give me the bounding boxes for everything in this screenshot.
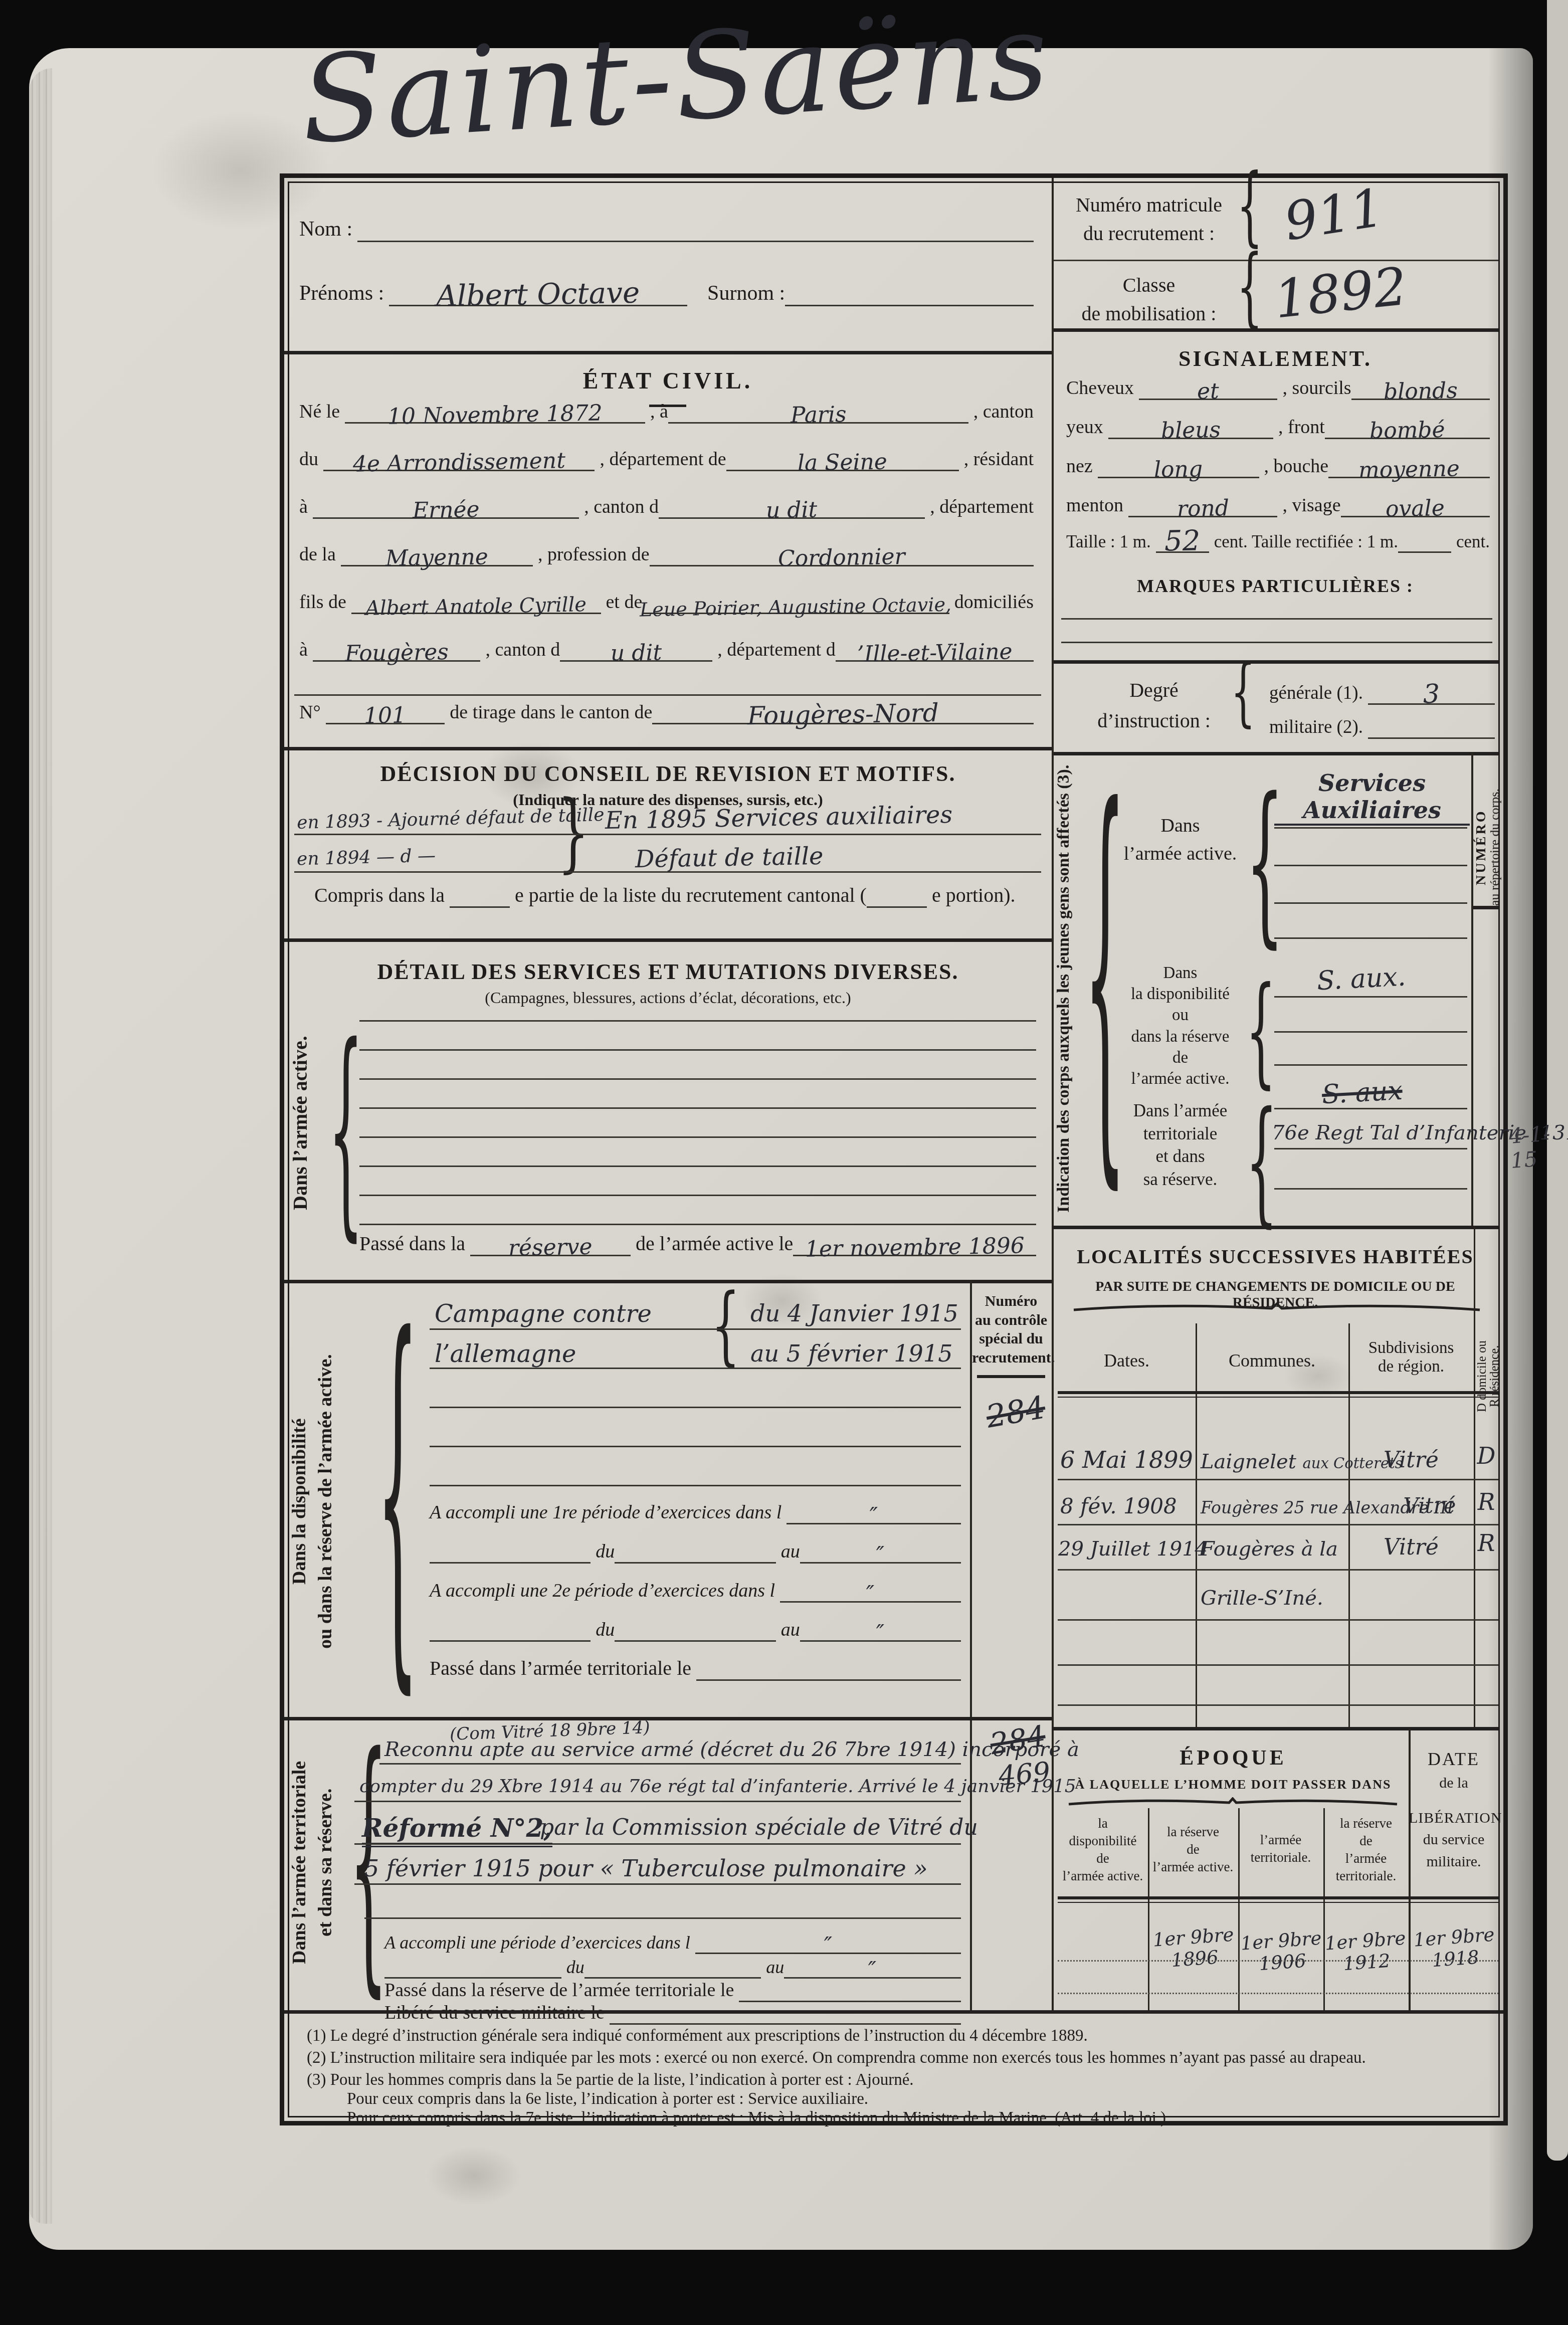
- margin-annotation: 4-1-15: [1508, 1120, 1568, 1173]
- g2-value: S. aux.: [1316, 961, 1407, 996]
- periode2-au-line: ″: [800, 1622, 961, 1642]
- controle-strip-rule: [977, 1375, 1045, 1378]
- dispo-blank-line: [430, 1485, 961, 1486]
- compris-row: Compris dans la e partie de la liste du …: [314, 880, 1016, 908]
- mother-line: Leue Poirier, Augustine Octavie,: [642, 598, 949, 614]
- matricule-value: 911: [1280, 176, 1388, 253]
- localites-header-rule: [1058, 1391, 1499, 1398]
- campagne-brace: {: [711, 1283, 740, 1369]
- decision-title: DÉCISION DU CONSEIL DE REVISION ET MOTIF…: [284, 761, 1052, 787]
- campagne-line-2: [430, 1368, 961, 1369]
- active-line: [359, 1107, 1036, 1109]
- epoque-swash: [1066, 1797, 1400, 1807]
- name-line: [357, 241, 1034, 242]
- footnote-3: (3) Pour les hommes compris dans la 5e p…: [307, 2071, 1485, 2089]
- controle-number: 284: [984, 1389, 1048, 1435]
- localites-col-subdiv: Subdivisions de région.: [1348, 1339, 1474, 1376]
- compris-partie-line: [450, 906, 510, 908]
- terr-periode-dates-row: du au ″: [384, 1957, 961, 1979]
- decision-bottom-rule: [284, 938, 1052, 942]
- periode1-au-line: ″: [800, 1544, 961, 1564]
- g2-line: [1274, 996, 1467, 998]
- periode2-du-line: [615, 1640, 775, 1642]
- g1-line: [1274, 827, 1467, 829]
- father-line: Albert Anatole Cyrille: [351, 597, 601, 614]
- terr-hw-commission: par la Commission spéciale de Vitré du: [540, 1815, 978, 1840]
- campagne-label-2: l’allemagne: [435, 1340, 576, 1368]
- localites-col-dates: Dates.: [1058, 1350, 1196, 1371]
- taille-line: 52: [1156, 527, 1209, 553]
- campagne-du: du 4 Janvier 1915: [750, 1300, 958, 1327]
- birthplace-line: Paris: [668, 404, 968, 424]
- controle-strip-header: Numéro au contrôle spécial du recrutemen…: [972, 1292, 1050, 1367]
- g1-label: Dans l’armée active.: [1114, 815, 1247, 865]
- loc-row2-line: [1058, 1524, 1499, 1525]
- campagne-au: au 5 février 1915: [750, 1340, 952, 1367]
- degre-brace: {: [1231, 656, 1256, 730]
- tirage-number-line: 101: [326, 705, 445, 724]
- loc-row2-date: 8 fév. 1908: [1060, 1494, 1177, 1518]
- periode1-corps-line: [430, 1562, 591, 1564]
- surname-label: Surnom :: [687, 281, 785, 306]
- dispo-blank-line: [430, 1407, 961, 1408]
- classe-value: 1892: [1271, 256, 1410, 330]
- residence-row: à Ernée , canton d u dit , département: [299, 491, 1034, 519]
- firstnames-row: Prénoms : Albert Octave Surnom :: [299, 278, 1034, 306]
- g1-line: [1274, 902, 1467, 904]
- military-register-scan: Nom : Prénoms : Albert Octave Surnom : N…: [0, 0, 1568, 2325]
- epoque-v5: 1er 9bre 1918: [1403, 1923, 1506, 1973]
- matricule-label: Numéro matricule du recrutement :: [1064, 193, 1234, 245]
- passe-territoriale-line: [696, 1679, 961, 1681]
- localites-bottom-rule: [1052, 1727, 1499, 1730]
- sig-row-yeux: yeux bleus , front bombé: [1066, 411, 1490, 439]
- terr-hw-reforme: Réformé N°2,: [362, 1813, 552, 1847]
- sig-row-menton: menton rond , visage ovale: [1066, 489, 1490, 517]
- active-line: [359, 1136, 1036, 1138]
- periode2-line: ″: [780, 1583, 961, 1603]
- footnote-2: (2) L’instruction militaire sera indiqué…: [307, 2049, 1495, 2067]
- g3-label: Dans l’armée territoriale et dans sa rés…: [1114, 1099, 1247, 1191]
- g2-brace: {: [1246, 973, 1276, 1092]
- passe-territoriale-row: Passé dans l’armée territoriale le: [430, 1653, 961, 1681]
- dispo-bottom-rule: [284, 1717, 1052, 1720]
- sourcils-line: blonds: [1351, 380, 1490, 400]
- repertoire-strip-rule: [1473, 906, 1499, 909]
- birthdate-line: 10 Novembre 1872: [345, 404, 645, 424]
- corps-side-label: Indication des corps auxquels les jeunes…: [1054, 759, 1082, 1218]
- epoque-col4-header: la réservedel’arméeterritoriale.: [1323, 1815, 1409, 1885]
- g2-line: [1274, 1064, 1467, 1066]
- terr-periode-line: ″: [695, 1934, 961, 1954]
- loc-row1-line: [1058, 1479, 1499, 1480]
- corps-bottom-rule: [1052, 1226, 1499, 1229]
- domicile-canton-line: u dit: [560, 642, 712, 662]
- epoque-col2-header: la réservedel’armée active.: [1148, 1823, 1238, 1876]
- residence-line: Ernée: [313, 499, 579, 519]
- decision-hw-1b: En 1895 Services auxiliaires: [605, 801, 953, 835]
- g3-line: [1274, 1108, 1467, 1109]
- epoque-row-line: [1058, 1960, 1499, 1962]
- loc-row5-line: [1058, 1664, 1499, 1666]
- periode1-row: A accompli une 1re période d’exercices d…: [430, 1496, 961, 1524]
- terr-hw-tuberculose: 5 février 1915 pour « Tuberculose pulmon…: [364, 1855, 928, 1882]
- sig-row-cheveux: Cheveux et , sourcils blonds: [1066, 372, 1490, 400]
- epoque-v4: 1er 9bre 1912: [1314, 1926, 1418, 1977]
- marques-line-2: [1061, 642, 1492, 643]
- matricule-rule: [1052, 260, 1499, 261]
- g1-line: [1274, 937, 1467, 939]
- epoque-col1-header: ladisponibilitédel’armée active.: [1058, 1815, 1148, 1885]
- periode2-dates-row: du au ″: [430, 1614, 961, 1642]
- column-divider: [1052, 178, 1054, 2010]
- loc-row4-line: [1058, 1619, 1499, 1621]
- detail-subtitle: (Campagnes, blessures, actions d’éclat, …: [284, 989, 1052, 1007]
- epoque-header-rule: [1058, 1896, 1499, 1903]
- loc-row1-subdiv: Vitré: [1348, 1447, 1474, 1473]
- terr-line-4: [354, 1883, 961, 1885]
- periode1-dates-row: du au ″: [430, 1535, 961, 1564]
- campagne-label-1: Campagne contre: [435, 1300, 652, 1328]
- loc-row3-date: 29 Juillet 1914: [1058, 1537, 1208, 1561]
- g3-value-1: S. aux: [1321, 1076, 1404, 1110]
- degre-generale-line: 3: [1368, 681, 1495, 705]
- taille-rect-line: [1398, 551, 1451, 553]
- repertoire-strip-label: NUMÉRO au répertoire du corps.: [1473, 764, 1500, 930]
- terr-passe-reserve-row: Passé dans la réserve de l’armée territo…: [384, 1980, 961, 2002]
- decision-brace: }: [557, 790, 590, 875]
- loc-row3-dr: R: [1474, 1529, 1499, 1557]
- decision-hw-2b: Défaut de taille: [635, 842, 824, 874]
- etat-bottom-rule: [284, 747, 1052, 750]
- armee-active-side-label: Dans l’armée active.: [288, 1020, 316, 1226]
- detail-title: DÉTAIL DES SERVICES ET MUTATIONS DIVERSE…: [284, 959, 1052, 985]
- decision-line-2: [294, 871, 1041, 873]
- localites-col-dr: D domicile ou R résidence.: [1475, 1331, 1500, 1421]
- sig-row-nez: nez long , bouche moyenne: [1066, 450, 1490, 478]
- terr-passe-reserve-line: [739, 2001, 961, 2002]
- localites-title: LOCALITÉS SUCCESSIVES HABITÉES: [1052, 1245, 1499, 1268]
- libere-line: [610, 2023, 961, 2025]
- footnote-1: (1) Le degré d’instruction générale sera…: [307, 2027, 1485, 2045]
- terr-du-line: [584, 1977, 761, 1979]
- terr-hw-reconnu: Reconnu apte au service armé (décret du …: [384, 1738, 1079, 1761]
- passe-reserve-date-line: 1er novembre 1896: [793, 1237, 1036, 1256]
- terr-periode-row: A accompli une période d’exercices dans …: [384, 1930, 961, 1954]
- firstnames-line: Albert Octave: [389, 280, 687, 306]
- passe-reserve-line: réserve: [470, 1237, 631, 1256]
- degre-generale-row: générale (1). 3: [1269, 677, 1495, 705]
- front-line: bombé: [1325, 420, 1490, 439]
- degre-militaire-line: [1368, 737, 1495, 739]
- g3-line: [1274, 1148, 1467, 1149]
- departement-line: la Seine: [726, 452, 959, 471]
- loc-row3-subdiv: Vitré: [1348, 1534, 1474, 1560]
- terr-du-pre-line: [384, 1977, 561, 1979]
- bouche-line: moyenne: [1328, 459, 1490, 478]
- marques-line-1: [1061, 618, 1492, 620]
- loc-row4-commune: Grille-S’Iné.: [1201, 1587, 1323, 1610]
- loc-row1-dr: D: [1474, 1442, 1499, 1469]
- terr-blank-line: [364, 1917, 961, 1919]
- g3-brace: {: [1246, 1094, 1278, 1230]
- g2-label: Dans la disponibilité ou dans la réserve…: [1114, 962, 1247, 1089]
- tirage-row: N° 101 de tirage dans le canton de Fougè…: [299, 696, 1034, 724]
- campagne-line-1: [430, 1328, 961, 1330]
- localites-col-communes: Communes.: [1196, 1350, 1348, 1371]
- active-line: [359, 1020, 1036, 1022]
- taille-row: Taille : 1 m. 52 cent. Taille rectifiée …: [1066, 525, 1490, 553]
- name-label: Nom :: [299, 217, 357, 242]
- dispo-brace: {: [377, 1288, 419, 1692]
- firstnames-value: Albert Octave: [436, 278, 640, 310]
- loc-row3-commune: Fougères à la: [1201, 1537, 1338, 1561]
- classe-brace: {: [1237, 245, 1263, 331]
- terr-au-line: ″: [784, 1959, 961, 1979]
- terr-line-3: [354, 1843, 961, 1845]
- epoque-date-header: DATE de la LIBÉRATION du service militai…: [1409, 1746, 1499, 1872]
- epoque-row-line: [1058, 1993, 1499, 1994]
- classe-label: Classe de mobilisation :: [1064, 273, 1234, 325]
- visage-line: ovale: [1341, 498, 1490, 517]
- active-line: [359, 1166, 1036, 1167]
- birth-row: Né le 10 Novembre 1872 , à Paris , canto…: [299, 396, 1034, 424]
- services-auxiliaires-title: Services Auxiliaires: [1274, 769, 1470, 826]
- header-rule: [284, 351, 1052, 354]
- decision-hw-2a: en 1894 — d —: [297, 845, 436, 869]
- domicile-row: à Fougères , canton d u dit , départemen…: [299, 634, 1034, 662]
- g1-line: [1274, 865, 1467, 866]
- page-edge-stack: [29, 68, 52, 2224]
- adjacent-page-edge: [1547, 0, 1568, 2161]
- cheveux-line: et: [1139, 380, 1277, 400]
- etat-civil-title: ÉTAT CIVIL.: [284, 367, 1052, 394]
- periode2-row: A accompli une 2e période d’exercices da…: [430, 1575, 961, 1603]
- profession-row: de la Mayenne , profession de Cordonnier: [299, 538, 1034, 566]
- active-line: [359, 1224, 1036, 1225]
- marques-bottom-rule: [1052, 660, 1499, 664]
- periode1-line: ″: [787, 1505, 961, 1524]
- menton-line: rond: [1128, 498, 1277, 517]
- controle-strip-divider: [970, 1280, 972, 2010]
- domicile-line: Fougères: [313, 642, 481, 662]
- g3-line: [1274, 1188, 1467, 1190]
- passe-reserve-row: Passé dans la réserve de l’armée active …: [359, 1228, 1036, 1256]
- epoque-col3-header: l’arméeterritoriale.: [1238, 1831, 1323, 1866]
- domicile-departement-line: ’Ille-et-Vilaine: [836, 642, 1034, 662]
- compris-portion-line: [867, 906, 927, 908]
- epoque-title: ÉPOQUE: [1058, 1746, 1409, 1770]
- marques-title: MARQUES PARTICULIÈRES :: [1052, 575, 1499, 597]
- loc-row6-line: [1058, 1704, 1499, 1706]
- active-line: [359, 1078, 1036, 1080]
- parents-row: fils de Albert Anatole Cyrille et de Leu…: [299, 586, 1034, 614]
- footnote-4: Pour ceux compris dans la 6e liste, l’in…: [347, 2090, 1485, 2108]
- name-row: Nom :: [299, 214, 1034, 242]
- arrondissement-line: 4e Arrondissement: [323, 452, 595, 471]
- classe-rule: [1052, 328, 1499, 332]
- terr-side-label: Dans l’armée territoriale et dans sa rés…: [288, 1732, 340, 1993]
- loc-row1-date: 6 Mai 1899: [1060, 1446, 1193, 1473]
- active-line: [359, 1195, 1036, 1196]
- firstnames-label: Prénoms :: [299, 281, 389, 306]
- libere-row: Libéré du service militaire le: [384, 2003, 961, 2025]
- periode1-du-line: [615, 1562, 775, 1564]
- footnote-5: Pour ceux compris dans la 7e liste, l’in…: [347, 2109, 1485, 2127]
- active-line: [359, 1049, 1036, 1051]
- yeux-line: bleus: [1108, 420, 1273, 439]
- decision-line-1: [294, 834, 1041, 835]
- degre-militaire-row: militaire (2).: [1269, 711, 1495, 739]
- g2-line: [1274, 1031, 1467, 1033]
- dispo-blank-line: [430, 1446, 961, 1447]
- etat-sep-line: [294, 694, 1041, 696]
- terr-hw-compter: compter du 29 Xbre 1914 au 76e régt tal …: [359, 1776, 1076, 1797]
- tirage-canton-line: Fougères-Nord: [652, 702, 1034, 724]
- armee-active-brace: {: [328, 1016, 363, 1242]
- form-border: Nom : Prénoms : Albert Octave Surnom : N…: [280, 173, 1508, 2125]
- loc-row2-dr: R: [1474, 1488, 1499, 1515]
- localites-swash: [1071, 1302, 1482, 1313]
- profession-line: Cordonnier: [650, 547, 1034, 566]
- residence-canton-line: u dit: [659, 499, 925, 519]
- nez-line: long: [1098, 459, 1259, 478]
- residence-departement-line: Mayenne: [341, 547, 533, 566]
- loc-row3-line: [1058, 1569, 1499, 1571]
- epoque-subtitle: À LAQUELLE L’HOMME DOIT PASSER DANS: [1058, 1777, 1409, 1792]
- footnotes-top-rule: [284, 2010, 1503, 2014]
- dispo-side-label: Dans la disponibilité ou dans la réserve…: [288, 1296, 340, 1707]
- terr-line-1: [379, 1763, 961, 1765]
- surname-line: [785, 305, 1034, 306]
- canton-row: du 4e Arrondissement , département de la…: [299, 443, 1034, 471]
- terr-line-2: [354, 1801, 961, 1802]
- localites-div-3: [1474, 1226, 1475, 1727]
- periode2-corps-line: [430, 1640, 591, 1642]
- signalement-title: SIGNALEMENT.: [1052, 346, 1499, 371]
